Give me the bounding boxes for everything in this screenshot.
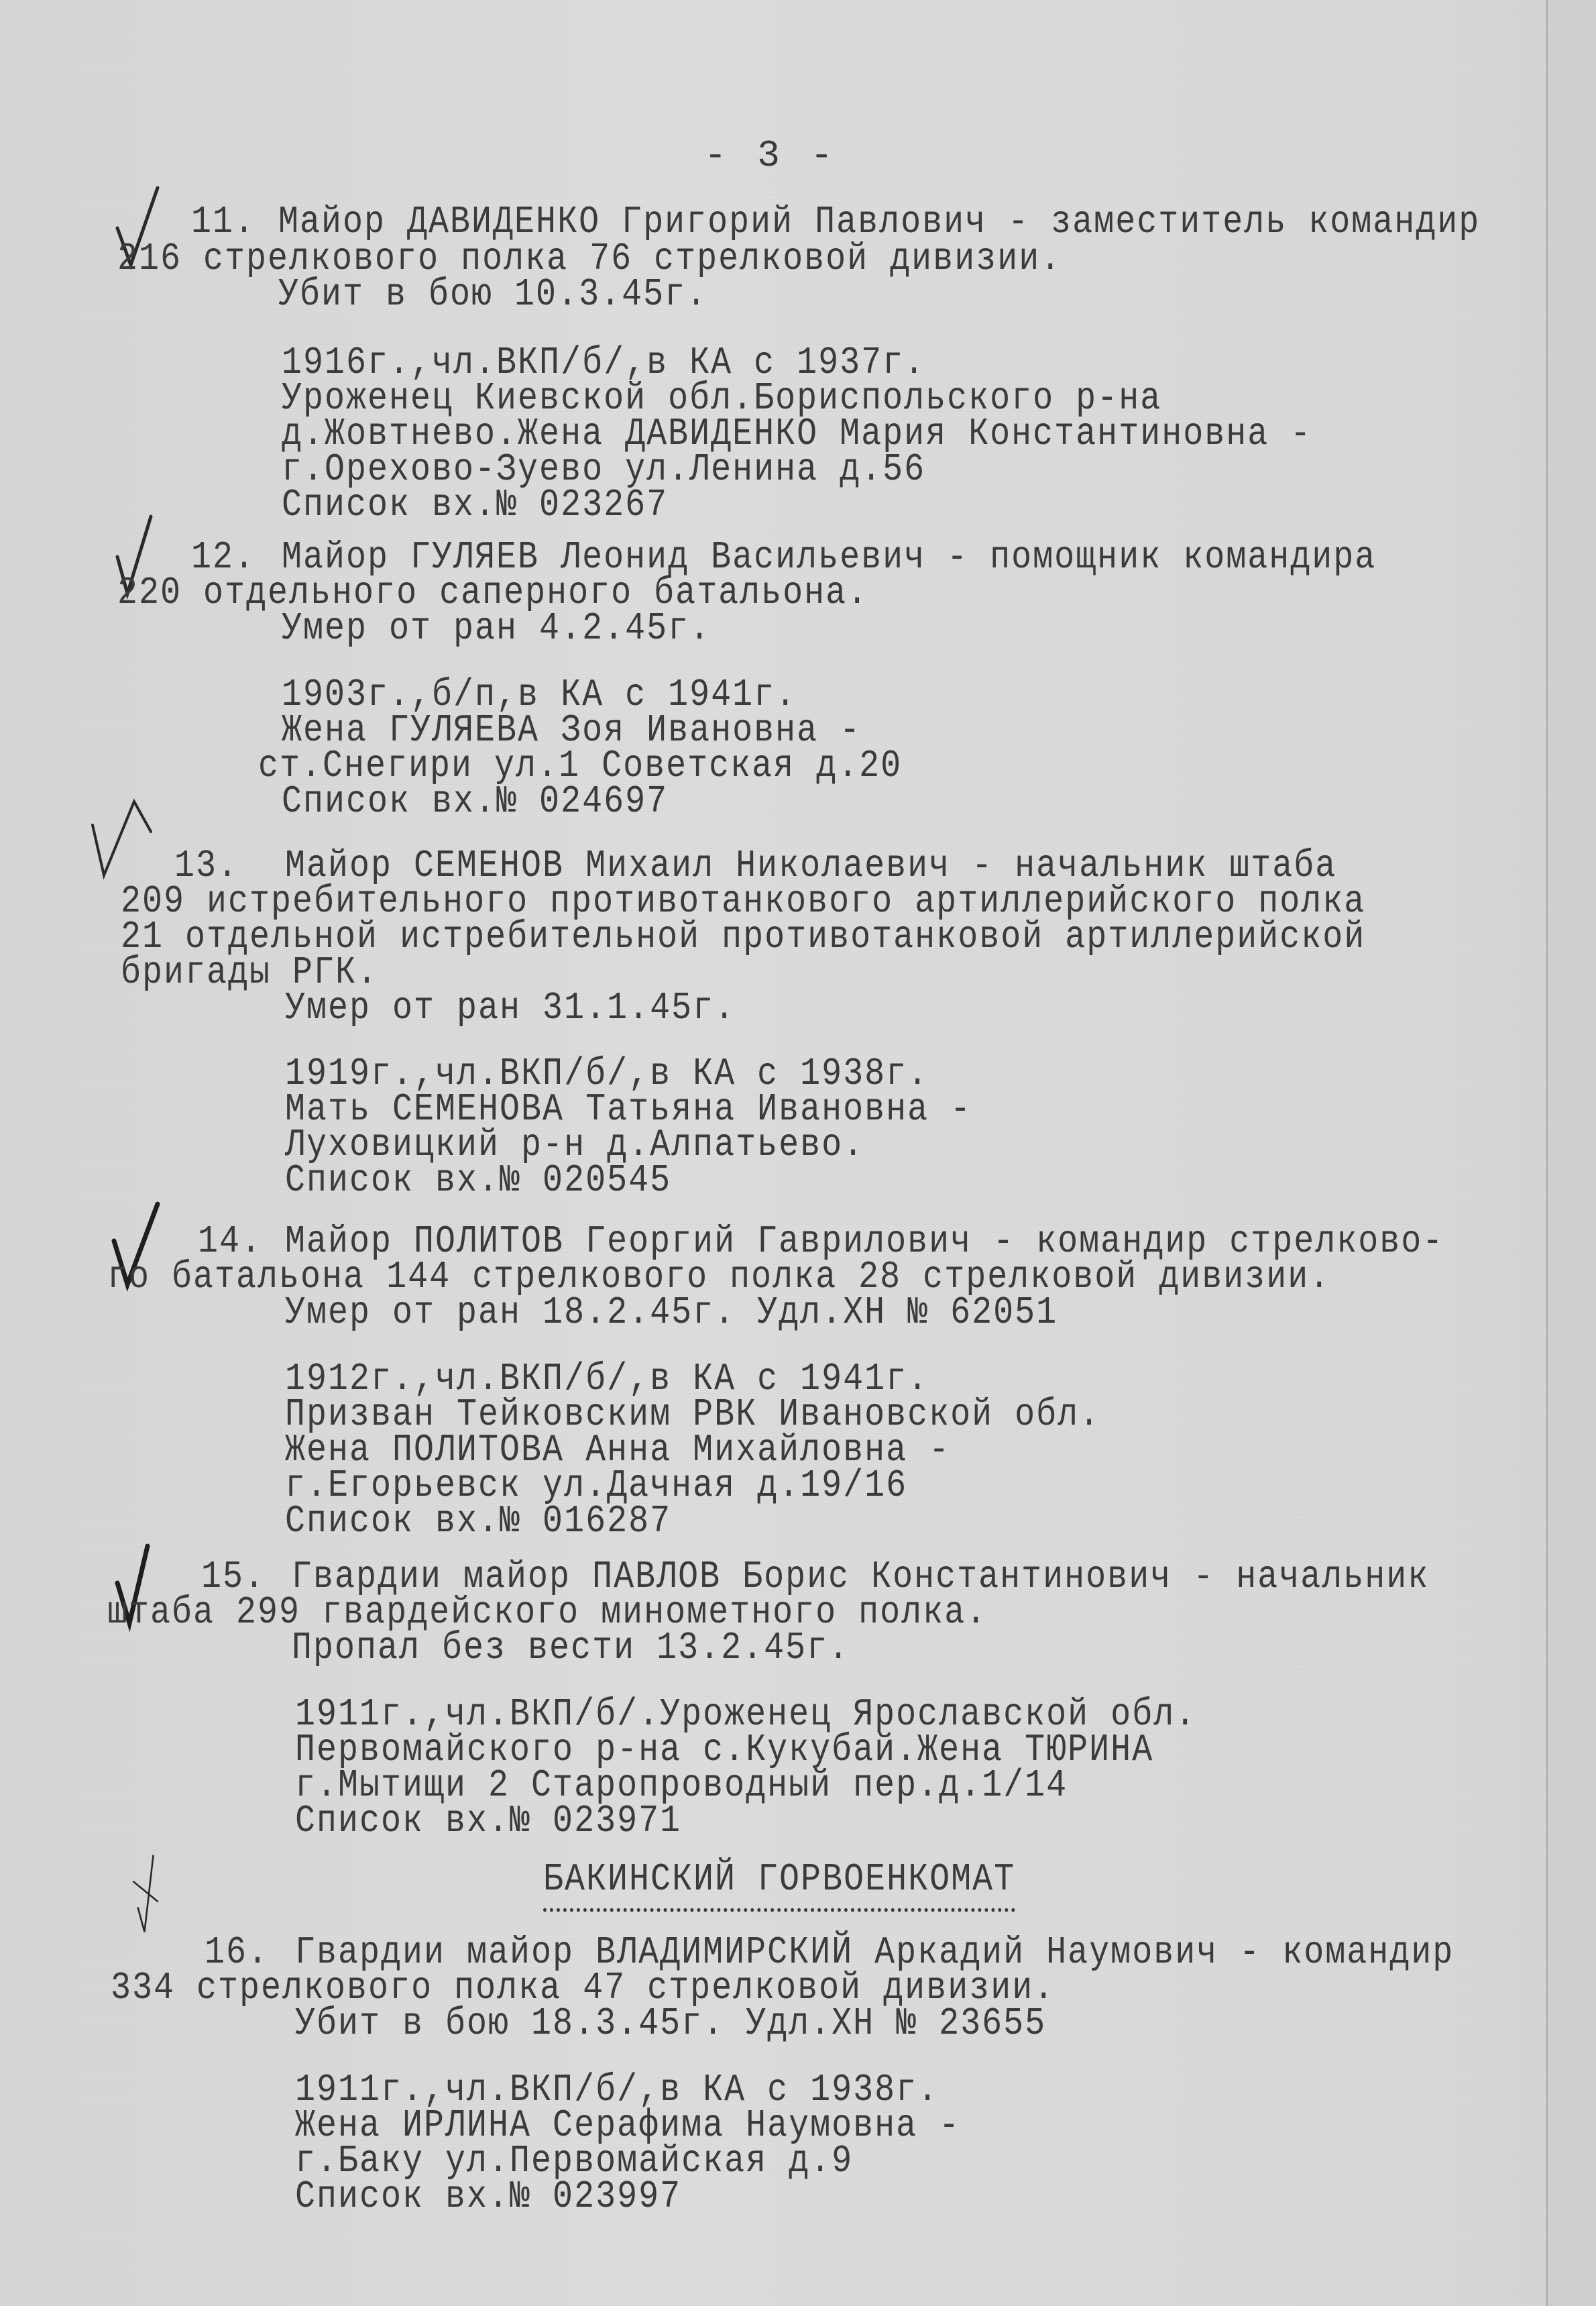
entry-13-line-9: Список вх.№ 020545 — [285, 1160, 671, 1203]
page-number: - 3 - — [704, 134, 837, 177]
entry-14-line-3: Умер от ран 18.2.45г. Удл.ХН № 62051 — [285, 1292, 1058, 1335]
entry-12-line-3: Умер от ран 4.2.45г. — [282, 608, 711, 651]
fold-line — [1546, 0, 1548, 2306]
check-mark-icon — [121, 1851, 194, 1938]
entry-11-line-3: Убит в бою 10.3.45г. — [278, 274, 707, 317]
entry-16-line-7: Список вх.№ 023997 — [295, 2176, 681, 2219]
entry-14-line-8: Список вх.№ 016287 — [285, 1500, 671, 1543]
check-mark-icon — [87, 798, 161, 885]
entry-15-line-7: Список вх.№ 023971 — [295, 1800, 681, 1843]
section-heading: БАКИНСКИЙ ГОРВОЕНКОМАТ — [543, 1858, 1015, 1912]
entry-11-line-8: Список вх.№ 023267 — [282, 484, 668, 527]
entry-16-line-3: Убит в бою 18.3.45г. Удл.ХН № 23655 — [295, 2003, 1046, 2046]
entry-12-line-7: Список вх.№ 024697 — [282, 781, 668, 824]
entry-13-line-5: Умер от ран 31.1.45г. — [285, 987, 736, 1030]
page-edge — [1548, 0, 1596, 2306]
entry-15-line-3: Пропал без вести 13.2.45г. — [292, 1627, 850, 1670]
